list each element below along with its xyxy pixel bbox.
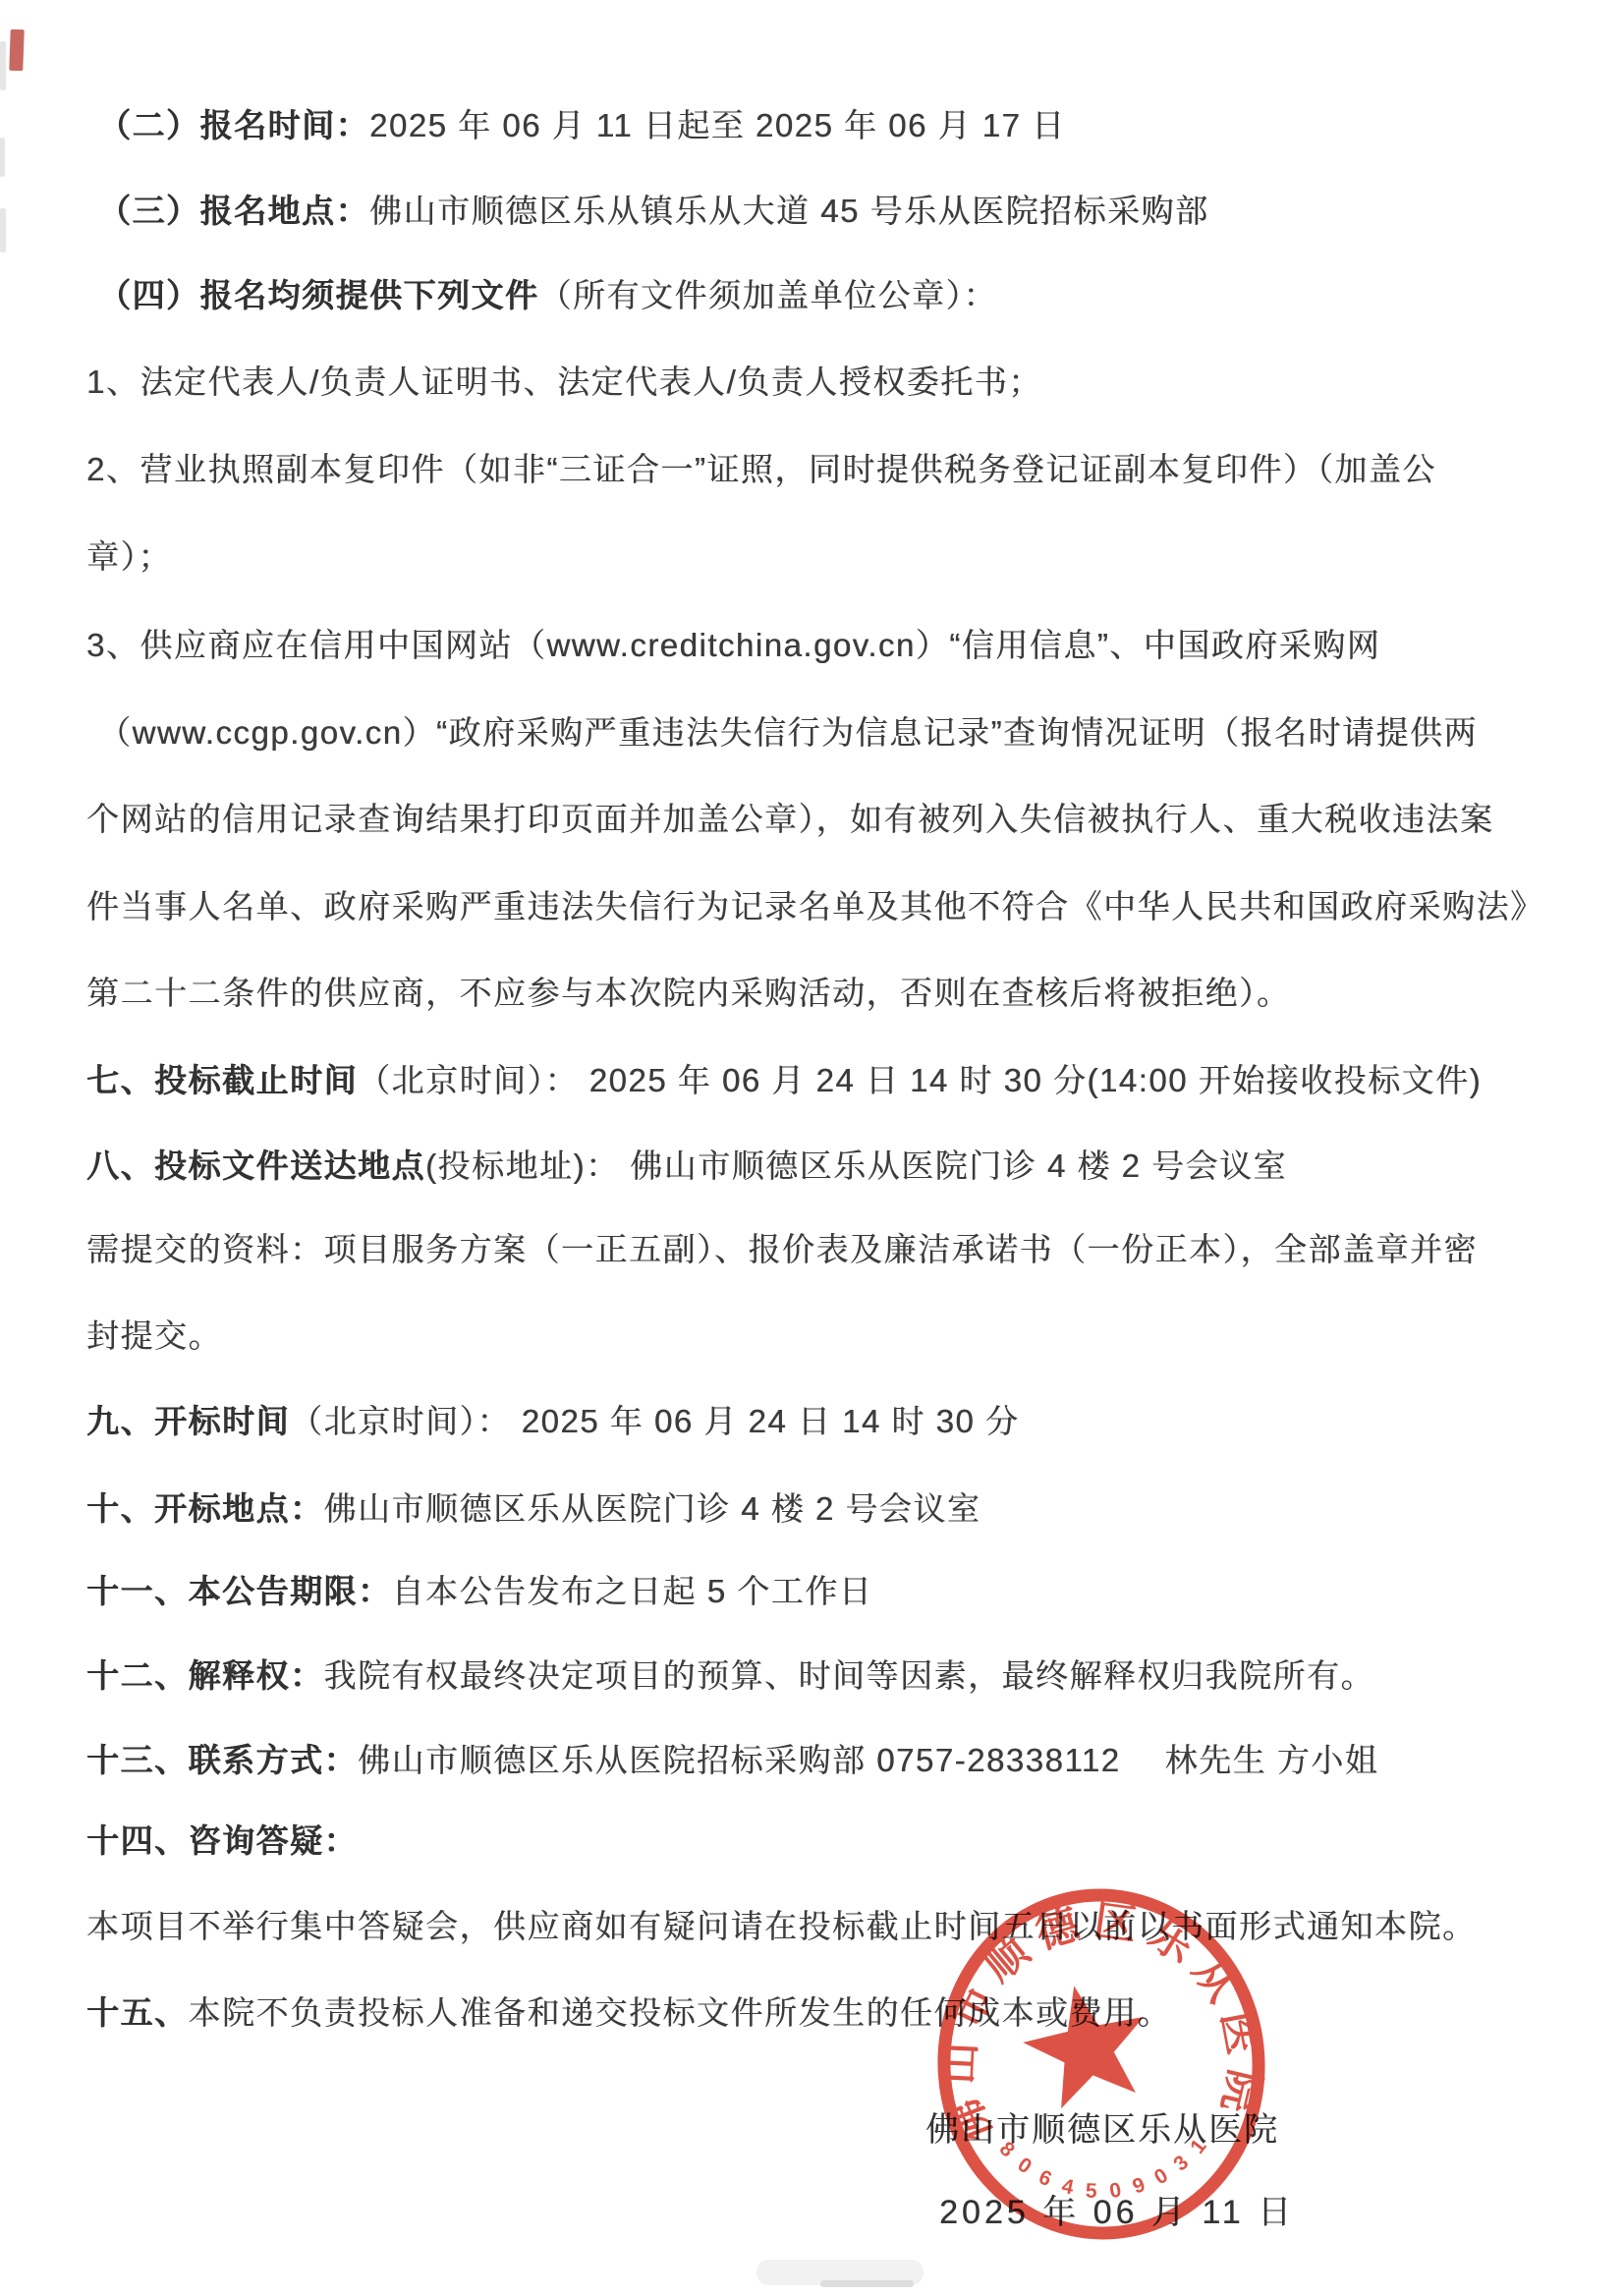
red-corner-mark	[9, 29, 24, 71]
doc-line-label: 十二、解释权：	[86, 1657, 324, 1694]
scan-edge-artifact	[0, 41, 6, 90]
doc-line-10: 件当事人名单、政府采购严重违法失信行为记录名单及其他不符合《中华人民共和国政府采…	[86, 885, 1544, 928]
doc-line-11: 第二十二条件的供应商，不应参与本次院内采购活动，否则在查核后将被拒绝）。	[86, 972, 1291, 1015]
doc-line-20: 十三、联系方式：佛山市顺德区乐从医院招标采购部 0757-28338112 林先…	[86, 1739, 1378, 1782]
doc-line-text: 章）；	[86, 538, 172, 575]
doc-line-text: 2、营业执照副本复印件（如非“三证合一”证照，同时提供税务登记证副本复印件）（加…	[86, 451, 1436, 487]
doc-line-label: 报名均须提供下列文件	[200, 277, 539, 313]
scan-edge-artifact	[0, 208, 6, 252]
doc-line-text: 佛山市顺德区乐从医院招标采购部 0757-28338112 林先生 方小姐	[358, 1742, 1378, 1778]
doc-line-label: 八、投标文件送达地点	[86, 1147, 425, 1184]
doc-line-text: 1、法定代表人/负责人证明书、法定代表人/负责人授权委托书；	[86, 364, 1042, 400]
doc-line-text: （所有文件须加盖单位公章）：	[539, 277, 998, 313]
doc-line-text: 封提交。	[86, 1317, 222, 1354]
seal-arc-text: 佛山市顺德区乐从医院	[934, 1888, 1268, 2150]
doc-line-text: 佛山市顺德区乐从镇乐从大道 45 号乐从医院招标采购部	[369, 193, 1209, 229]
doc-line-label: 十三、联系方式：	[86, 1742, 358, 1778]
doc-line-label: 九、开标时间	[86, 1403, 290, 1439]
doc-line-text: 自本公告发布之日起 5 个工作日	[392, 1573, 873, 1609]
doc-line-text: （www.ccgp.gov.cn）“政府采购严重违法失信行为信息记录”查询情况证…	[98, 714, 1478, 751]
doc-line-15: 封提交。	[86, 1315, 222, 1358]
doc-line-label: （二）	[98, 107, 200, 143]
doc-line-label: （四）	[98, 277, 200, 313]
doc-line-text: （北京时间）： 2025 年 06 月 24 日 14 时 30 分(14:00…	[358, 1062, 1482, 1098]
doc-line-13: 八、投标文件送达地点(投标地址)： 佛山市顺德区乐从医院门诊 4 楼 2 号会议…	[86, 1145, 1287, 1188]
doc-line-label: 十、开标地点：	[86, 1490, 324, 1527]
doc-line-19: 十二、解释权：我院有权最终决定项目的预算、时间等因素，最终解释权归我院所有。	[86, 1654, 1374, 1698]
doc-line-label: 十四、咨询答疑：	[86, 1822, 358, 1859]
doc-line-1: （二）报名时间：2025 年 06 月 11 日起至 2025 年 06 月 1…	[98, 104, 1066, 147]
scan-smudge	[820, 2280, 914, 2287]
doc-line-label: （三）	[98, 193, 200, 229]
doc-line-text: （北京时间）： 2025 年 06 月 24 日 14 时 30 分	[290, 1403, 1019, 1439]
doc-line-8: （www.ccgp.gov.cn）“政府采购严重违法失信行为信息记录”查询情况证…	[98, 711, 1478, 755]
doc-line-label: 报名时间：	[200, 107, 370, 143]
doc-line-5: 2、营业执照副本复印件（如非“三证合一”证照，同时提供税务登记证副本复印件）（加…	[86, 448, 1436, 491]
doc-line-18: 十一、本公告期限：自本公告发布之日起 5 个工作日	[86, 1570, 872, 1613]
doc-line-text: 3、供应商应在信用中国网站（www.creditchina.gov.cn）“信用…	[86, 627, 1380, 663]
doc-line-text: 第二十二条件的供应商，不应参与本次院内采购活动，否则在查核后将被拒绝）。	[86, 975, 1291, 1011]
seal-arc-text-container: 佛山市顺德区乐从医院	[934, 1888, 1268, 2150]
scan-edge-artifact	[0, 138, 5, 177]
doc-line-text: 件当事人名单、政府采购严重违法失信行为记录名单及其他不符合《中华人民共和国政府采…	[86, 888, 1544, 924]
doc-line-6: 章）；	[86, 535, 172, 579]
doc-line-label: 十五、	[86, 1994, 189, 2031]
doc-line-12: 七、投标截止时间（北京时间）： 2025 年 06 月 24 日 14 时 30…	[86, 1059, 1482, 1102]
doc-line-21: 十四、咨询答疑：	[86, 1819, 358, 1863]
doc-line-label: 报名地点：	[200, 193, 370, 229]
doc-line-17: 十、开标地点：佛山市顺德区乐从医院门诊 4 楼 2 号会议室	[86, 1487, 980, 1531]
doc-line-2: （三）报名地点：佛山市顺德区乐从镇乐从大道 45 号乐从医院招标采购部	[98, 190, 1209, 233]
doc-line-7: 3、供应商应在信用中国网站（www.creditchina.gov.cn）“信用…	[86, 624, 1380, 667]
seal-serial-number: 8064509031	[994, 2123, 1223, 2211]
doc-line-text: (投标地址)： 佛山市顺德区乐从医院门诊 4 楼 2 号会议室	[425, 1147, 1287, 1184]
doc-line-text: 需提交的资料：项目服务方案（一正五副）、报价表及廉洁承诺书（一份正本），全部盖章…	[86, 1231, 1478, 1267]
doc-line-label: 七、投标截止时间	[86, 1062, 358, 1098]
doc-line-text: 2025 年 06 月 11 日起至 2025 年 06 月 17 日	[369, 107, 1066, 143]
doc-line-14: 需提交的资料：项目服务方案（一正五副）、报价表及廉洁承诺书（一份正本），全部盖章…	[86, 1228, 1478, 1271]
doc-line-text: 我院有权最终决定项目的预算、时间等因素，最终解释权归我院所有。	[324, 1657, 1375, 1694]
document-page: （二）报名时间：2025 年 06 月 11 日起至 2025 年 06 月 1…	[0, 0, 1624, 2295]
seal-star-icon	[1014, 1973, 1159, 2113]
seal-serial-container: 8064509031	[994, 2123, 1223, 2211]
doc-line-text: 个网站的信用记录查询结果打印页面并加盖公章），如有被列入失信被执行人、重大税收违…	[86, 801, 1494, 837]
doc-line-16: 九、开标时间（北京时间）： 2025 年 06 月 24 日 14 时 30 分	[86, 1400, 1019, 1443]
doc-line-4: 1、法定代表人/负责人证明书、法定代表人/负责人授权委托书；	[86, 361, 1042, 404]
official-seal: 佛山市顺德区乐从医院 8064509031	[934, 1888, 1268, 2240]
doc-line-text: 佛山市顺德区乐从医院门诊 4 楼 2 号会议室	[324, 1490, 981, 1527]
doc-line-3: （四）报名均须提供下列文件（所有文件须加盖单位公章）：	[98, 274, 997, 317]
doc-line-label: 十一、本公告期限：	[86, 1573, 392, 1609]
doc-line-9: 个网站的信用记录查询结果打印页面并加盖公章），如有被列入失信被执行人、重大税收违…	[86, 798, 1494, 841]
